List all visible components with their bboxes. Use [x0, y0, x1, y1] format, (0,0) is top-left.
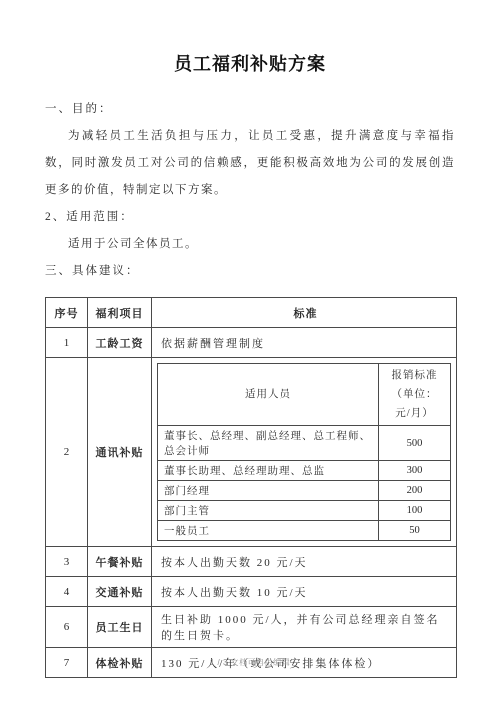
subtable-cell-amount: 500 — [379, 426, 451, 461]
subtable-header-row: 适用人员 报销标准（单位：元/月） — [158, 364, 451, 426]
subtable-cell-amount: 300 — [379, 461, 451, 481]
section-heading-suggestions: 三、具体建议： — [45, 258, 455, 285]
subtable-row: 董事长、总经理、副总经理、总工程师、总会计师 500 — [158, 426, 451, 461]
benefits-table: 序号 福利项目 标准 1 工龄工资 依据薪酬管理制度 2 通讯补贴 适用人员 — [45, 297, 457, 678]
cell-no: 6 — [46, 607, 88, 648]
subtable-row: 部门主管 100 — [158, 501, 451, 521]
subtable-header-people: 适用人员 — [158, 364, 379, 426]
subtable-cell-people: 董事长、总经理、副总经理、总工程师、总会计师 — [158, 426, 379, 461]
cell-nested-table: 适用人员 报销标准（单位：元/月） 董事长、总经理、副总经理、总工程师、总会计师… — [152, 358, 457, 547]
cell-no: 3 — [46, 547, 88, 577]
section-heading-purpose: 一、目的： — [45, 96, 455, 123]
table-row: 6 员工生日 生日补助 1000 元/人，并有公司总经理亲自签名的生日贺卡。 — [46, 607, 457, 648]
table-row-communication: 2 通讯补贴 适用人员 报销标准（单位：元/月） 董事长、总经理、副总经理、总工… — [46, 358, 457, 547]
page-number: 1 / 3 — [210, 658, 228, 667]
cell-standard: 依据薪酬管理制度 — [152, 328, 457, 358]
cell-item: 员工生日 — [88, 607, 152, 648]
subtable-cell-amount: 100 — [379, 501, 451, 521]
cell-no: 2 — [46, 358, 88, 547]
subtable-cell-amount: 200 — [379, 481, 451, 501]
subtable-row: 一般员工 50 — [158, 521, 451, 541]
footer-note: 文档可自由编辑 — [231, 658, 291, 667]
reimbursement-subtable: 适用人员 报销标准（单位：元/月） 董事长、总经理、副总经理、总工程师、总会计师… — [157, 363, 451, 541]
cell-standard: 生日补助 1000 元/人，并有公司总经理亲自签名的生日贺卡。 — [152, 607, 457, 648]
header-cell-no: 序号 — [46, 298, 88, 328]
subtable-cell-people: 部门经理 — [158, 481, 379, 501]
subtable-header-amount: 报销标准（单位：元/月） — [379, 364, 451, 426]
table-row: 4 交通补贴 按本人出勤天数 10 元/天 — [46, 577, 457, 607]
cell-item: 午餐补贴 — [88, 547, 152, 577]
cell-no: 1 — [46, 328, 88, 358]
page-footer: 1 / 3 文档可自由编辑 — [0, 657, 500, 668]
section-paragraph-scope: 适用于公司全体员工。 — [45, 231, 455, 258]
section-paragraph-purpose: 为减轻员工生活负担与压力，让员工受惠，提升满意度与幸福指数，同时激发员工对公司的… — [45, 123, 455, 204]
cell-standard: 按本人出勤天数 20 元/天 — [152, 547, 457, 577]
cell-item: 工龄工资 — [88, 328, 152, 358]
cell-item: 交通补贴 — [88, 577, 152, 607]
document-page: 员工福利补贴方案 一、目的： 为减轻员工生活负担与压力，让员工受惠，提升满意度与… — [0, 0, 500, 678]
subtable-cell-amount: 50 — [379, 521, 451, 541]
cell-item: 通讯补贴 — [88, 358, 152, 547]
subtable-cell-people: 部门主管 — [158, 501, 379, 521]
table-header-row: 序号 福利项目 标准 — [46, 298, 457, 328]
cell-standard: 按本人出勤天数 10 元/天 — [152, 577, 457, 607]
page-title: 员工福利补贴方案 — [45, 50, 455, 76]
subtable-row: 董事长助理、总经理助理、总监 300 — [158, 461, 451, 481]
table-row: 3 午餐补贴 按本人出勤天数 20 元/天 — [46, 547, 457, 577]
header-cell-item: 福利项目 — [88, 298, 152, 328]
section-heading-scope: 2、适用范围： — [45, 204, 455, 231]
subtable-cell-people: 董事长助理、总经理助理、总监 — [158, 461, 379, 481]
header-cell-standard: 标准 — [152, 298, 457, 328]
subtable-row: 部门经理 200 — [158, 481, 451, 501]
cell-no: 4 — [46, 577, 88, 607]
subtable-cell-people: 一般员工 — [158, 521, 379, 541]
table-row: 1 工龄工资 依据薪酬管理制度 — [46, 328, 457, 358]
